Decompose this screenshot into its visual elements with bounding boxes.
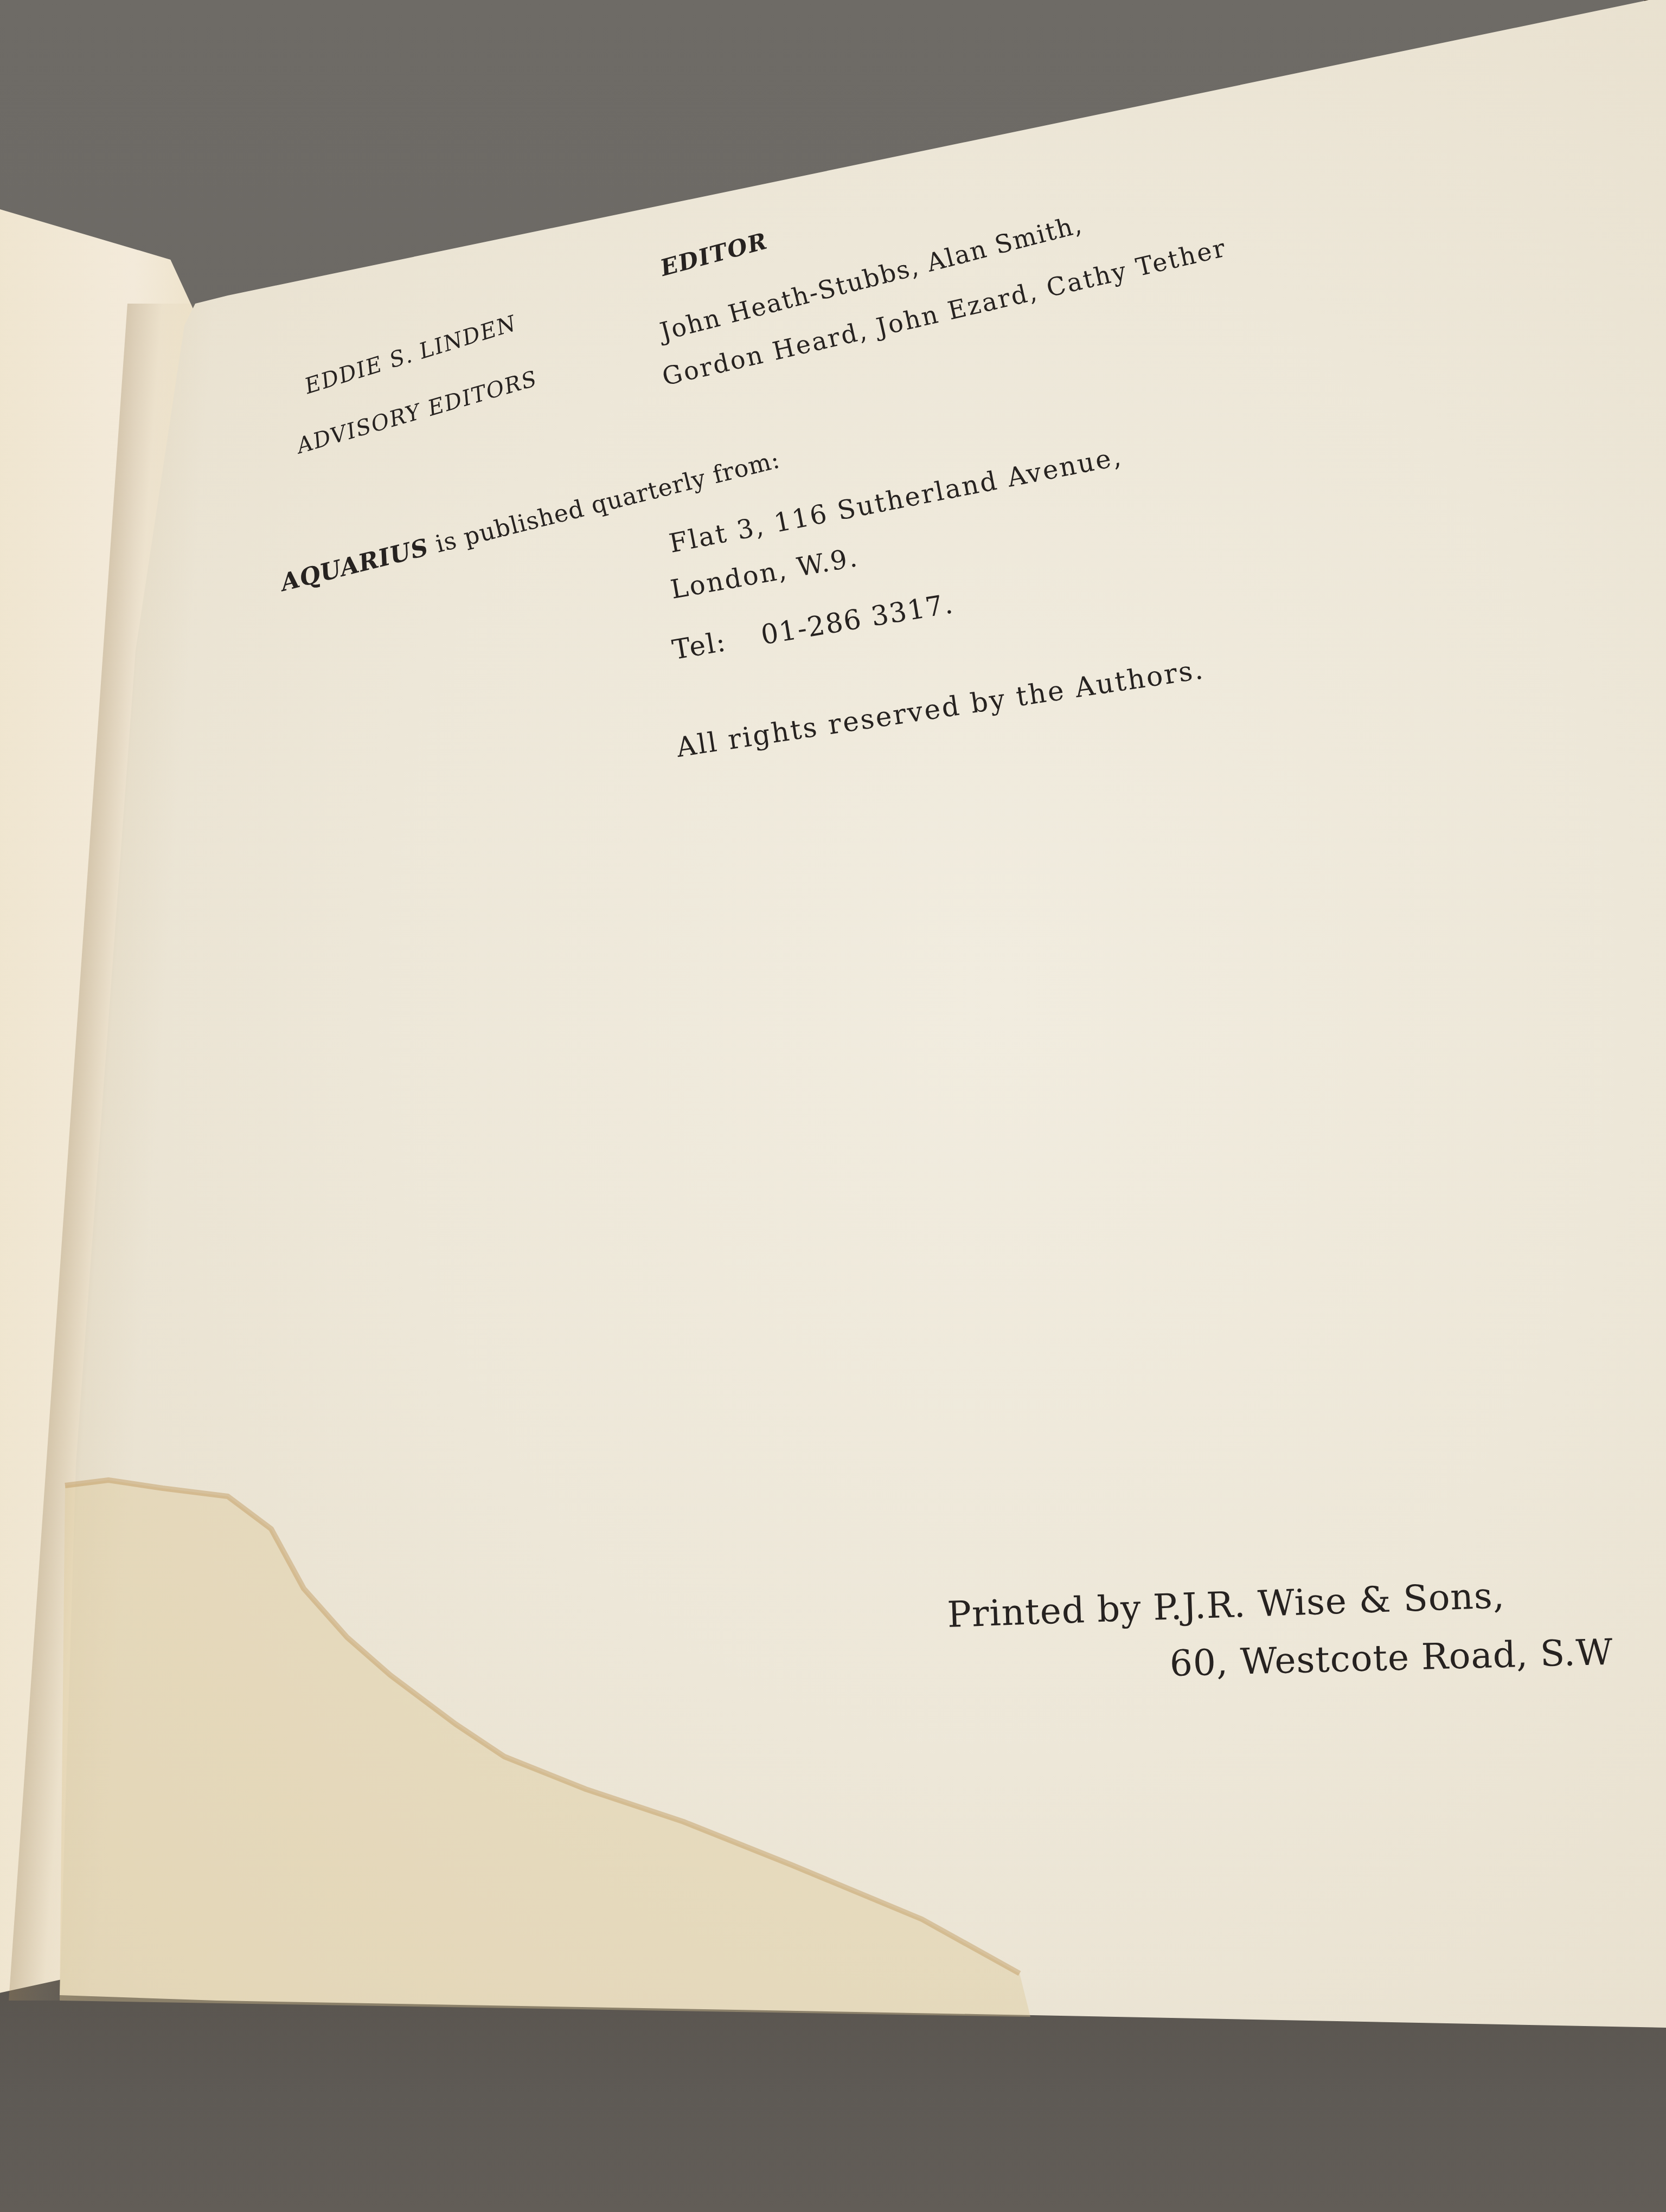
photo-scene: EDDIE S. LINDEN ADVISORY EDITORS EDITOR … (0, 0, 1666, 2212)
